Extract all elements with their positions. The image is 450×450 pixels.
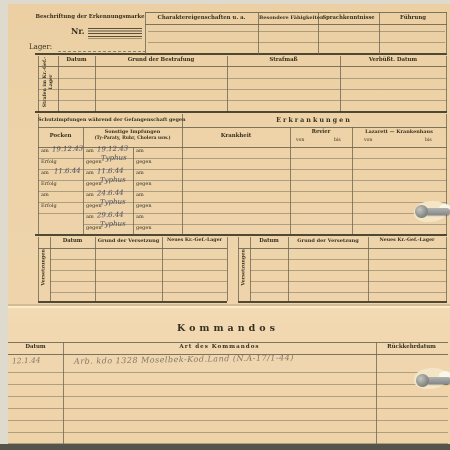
sonstige-impfungen-sublabel: (Ty-Paraty, Ruhr, Cholera usw.) — [83, 137, 182, 141]
rule-line — [38, 237, 39, 301]
rule-line — [38, 127, 447, 128]
rule-line — [250, 281, 447, 282]
lazarett-label: Lazarett — Krankenhaus — [352, 130, 446, 135]
sonstige2-row-label: am — [136, 215, 144, 220]
sonstige-impfungen-label: Sonstige Impfungen — [83, 130, 182, 135]
versetzungen-col-lager: Neues Kr.-Gef.-Lager — [162, 239, 227, 244]
pocken-label: Pocken — [38, 134, 83, 139]
versetzungen-side-label: Versetzungen — [242, 241, 247, 293]
krankheit-label: Krankheit — [182, 134, 290, 139]
sonstige-row-entry: 24.6.44 — [97, 190, 124, 198]
sonstige-row-label: am — [86, 149, 94, 154]
rule-line — [352, 127, 353, 234]
versetzungen-side-label: Versetzungen — [42, 241, 47, 293]
kommandos-col-art: Art des Kommandos — [63, 345, 376, 351]
rule-line — [35, 53, 447, 55]
strafen-col-grund: Grund der Bestrafung — [95, 58, 227, 63]
rule-line — [38, 66, 447, 67]
versetzungen-col-grund: Grund der Versetzung — [95, 239, 162, 244]
sonstige2-row-label: am — [136, 149, 144, 154]
sonstige-row-entry: 29.6.44 — [97, 212, 124, 220]
pocken-row-entry: 19.12.43 — [52, 145, 83, 153]
header-col-sprachen: Sprachkenntnisse — [319, 16, 378, 21]
pocken-row-label: Erfolg — [41, 204, 57, 209]
rule-line — [446, 56, 447, 112]
sonstige-row-label: am — [86, 215, 94, 220]
sonstige2-row-label: am — [136, 171, 144, 176]
impfungen-title: Schutzimpfungen während der Gefangenscha… — [38, 118, 182, 123]
rule-line — [148, 42, 445, 43]
rule-line — [50, 281, 227, 282]
header-col-fuehrung: Führung — [380, 16, 446, 21]
rule-line — [63, 342, 64, 444]
sonstige2-row-label: gegen — [136, 226, 152, 231]
sonstige-row-entry: Typhus — [100, 177, 126, 185]
rule-line — [38, 248, 227, 249]
pocken-row-label: Erfolg — [41, 182, 57, 187]
rule-line — [250, 259, 447, 260]
card-edge-highlight — [8, 306, 450, 308]
rule-line — [38, 89, 447, 90]
rule-line — [50, 270, 227, 271]
scanned-pow-record-card: Beschriftung der Erkennungsmarke Nr. Lag… — [0, 0, 450, 450]
lager-write-line — [58, 43, 146, 52]
sonstige-row-entry: Typhus — [101, 155, 127, 163]
revier-label: Revier — [290, 130, 352, 135]
rule-line — [446, 114, 447, 234]
pocken-row-label: am — [41, 149, 49, 154]
rule-line — [95, 56, 96, 112]
rule-line — [376, 342, 377, 444]
rule-line — [50, 259, 227, 260]
nr-label: Nr. — [71, 27, 85, 35]
pocken-row-label: am — [41, 193, 49, 198]
rule-line — [250, 292, 447, 293]
header-col-charakter: Charaktereigenschaften u. a. — [146, 16, 257, 21]
sonstige2-row-label: gegen — [136, 160, 152, 165]
pocken-row-label: Erfolg — [41, 160, 57, 165]
rule-line — [35, 234, 447, 236]
rule-line — [227, 237, 228, 301]
rule-line — [148, 31, 445, 32]
sonstige2-row-label: gegen — [136, 204, 152, 209]
rule-line — [8, 420, 448, 421]
strafen-col-strafmass: Strafmaß — [227, 58, 340, 63]
header-col-faehigkeiten: Besondere Fähigkeiten — [259, 16, 317, 21]
rule-line — [50, 292, 227, 293]
rule-line — [238, 248, 447, 249]
id-tag-label: Beschriftung der Erkennungsmarke — [35, 15, 145, 20]
rule-line — [8, 408, 448, 409]
versetzungen-col-datum: Datum — [50, 239, 95, 244]
sonstige2-row-label: am — [136, 193, 144, 198]
sonstige-row-label: am — [86, 171, 94, 176]
lazarett-von-label: von — [364, 139, 372, 144]
versetzungen-col-datum: Datum — [250, 239, 288, 244]
rule-line — [8, 342, 448, 343]
rule-line — [38, 100, 447, 101]
rule-line — [83, 127, 84, 234]
fastener-head — [415, 205, 428, 218]
kommandos-col-rueckkehr: Rückkehrdatum — [376, 345, 447, 350]
sonstige-row-entry: 11.6.44 — [97, 168, 124, 176]
nr-ruled-lines — [88, 28, 142, 39]
sonstige-row-entry: Typhus — [100, 221, 126, 229]
versetzungen-col-lager: Neues Kr.-Gef.-Lager — [368, 239, 446, 244]
strafen-col-datum: Datum — [58, 58, 95, 63]
scan-edge — [0, 444, 450, 450]
rule-line — [8, 396, 448, 397]
rule-line — [35, 111, 447, 113]
rule-line — [290, 127, 291, 234]
rule-line — [145, 12, 447, 13]
fastener-head — [416, 374, 429, 387]
rule-line — [238, 301, 447, 303]
rule-line — [38, 114, 39, 234]
rule-line — [133, 147, 134, 234]
rule-line — [145, 24, 447, 25]
kommando-entry-datum: 12.1.44 — [12, 357, 41, 365]
sonstige-row-label: gegen — [86, 160, 102, 165]
fastener-strip — [426, 377, 450, 384]
rule-line — [8, 384, 448, 385]
revier-von-label: von — [296, 139, 304, 144]
rule-line — [8, 432, 448, 433]
sonstige-row-entry: 19.12.43 — [97, 145, 128, 153]
rule-line — [238, 237, 239, 301]
versetzungen-col-grund: Grund der Versetzung — [288, 239, 368, 244]
rule-line — [38, 56, 39, 112]
erkrankungen-title: Erkrankungen — [182, 117, 446, 123]
fastener-strip — [425, 208, 450, 215]
rule-line — [250, 270, 447, 271]
rule-line — [446, 12, 447, 54]
rule-line — [58, 56, 59, 112]
sonstige-row-entry: Typhus — [100, 199, 126, 207]
rule-line — [8, 372, 448, 373]
strafen-col-verbuesst: Verbüßt. Datum — [340, 58, 446, 63]
revier-bis-label: bis — [334, 139, 341, 144]
kommandos-col-datum: Datum — [8, 345, 63, 350]
pocken-row-entry: 11.6.44 — [54, 168, 81, 176]
rule-line — [38, 301, 227, 303]
rule-line — [340, 56, 341, 112]
sonstige-row-label: am — [86, 193, 94, 198]
sonstige2-row-label: gegen — [136, 182, 152, 187]
rule-line — [227, 56, 228, 112]
rule-line — [38, 78, 447, 79]
kommandos-title: Kommandos — [8, 324, 448, 334]
lager-label: Lager: — [29, 44, 52, 51]
pocken-row-label: am — [41, 171, 49, 176]
lazarett-bis-label: bis — [425, 139, 432, 144]
rule-line — [182, 114, 183, 234]
